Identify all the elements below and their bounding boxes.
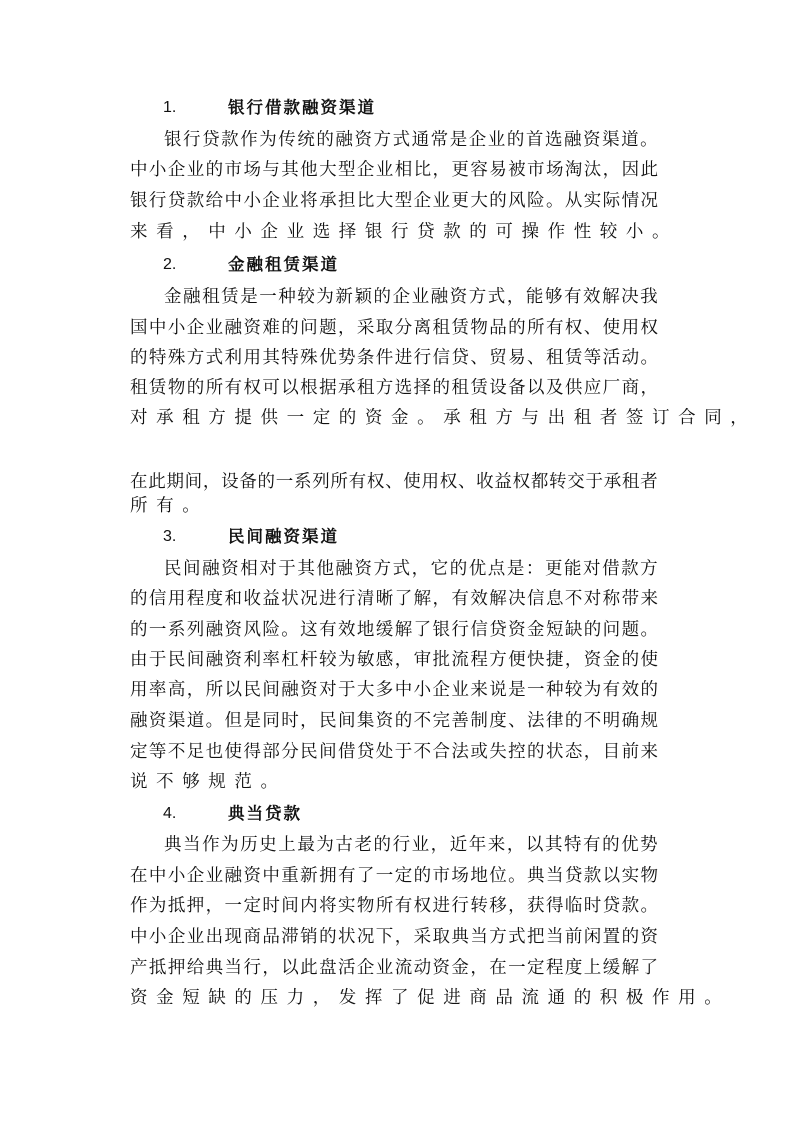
paragraph-line: 民间融资相对于其他融资方式，它的优点是：更能对借款方	[164, 556, 658, 582]
paragraph-line: 来看，中小企业选择银行贷款的可操作性较小。	[130, 219, 658, 245]
section-title: 金融租赁渠道	[228, 252, 339, 278]
section-title: 典当贷款	[228, 801, 302, 827]
paragraph-line: 的特殊方式利用其特殊优势条件进行信贷、贸易、租赁等活动。	[130, 345, 658, 371]
paragraph-line: 用率高，所以民间融资对于大多中小企业来说是一种较为有效的	[130, 677, 658, 703]
paragraph-line: 银行贷款给中小企业将承担比大型企业更大的风险。从实际情况	[130, 188, 658, 214]
section-title: 银行借款融资渠道	[228, 95, 376, 121]
paragraph-line: 的一系列融资风险。这有效地缓解了银行信贷资金短缺的问题。	[130, 617, 658, 643]
paragraph-line: 产抵押给典当行，以此盘活企业流动资金，在一定程度上缓解了	[130, 955, 658, 981]
paragraph-line: 定等不足也使得部分民间借贷处于不合法或失控的状态，目前来	[130, 739, 658, 765]
paragraph-line: 说不够规范。	[130, 769, 658, 795]
section-title: 民间融资渠道	[228, 524, 339, 550]
paragraph-line: 融资渠道。但是同时，民间集资的不完善制度、法律的不明确规	[130, 708, 658, 734]
paragraph-line: 金融租赁是一种较为新颖的企业融资方式，能够有效解决我	[164, 284, 658, 310]
paragraph-line: 中小企业出现商品滞销的状况下，采取典当方式把当前闲置的资	[130, 924, 658, 950]
paragraph-line: 银行贷款作为传统的融资方式通常是企业的首选融资渠道。	[164, 127, 658, 153]
paragraph-line: 对承租方提供一定的资金。承租方与出租者签订合同，	[130, 405, 658, 431]
paragraph-line: 由于民间融资利率杠杆较为敏感，审批流程方便快捷，资金的使	[130, 647, 658, 673]
section-number: 3.	[163, 524, 176, 550]
section-number: 4.	[163, 801, 176, 827]
paragraph-line: 在中小企业融资中重新拥有了一定的市场地位。典当贷款以实物	[130, 863, 658, 889]
paragraph-line: 所有。	[130, 493, 658, 519]
paragraph-line: 租赁物的所有权可以根据承租方选择的租赁设备以及供应厂商，	[130, 375, 658, 401]
paragraph-line: 中小企业的市场与其他大型企业相比，更容易被市场淘汰，因此	[130, 157, 658, 183]
section-number: 1.	[163, 95, 176, 121]
section-number: 2.	[163, 252, 176, 278]
paragraph-line: 作为抵押，一定时间内将实物所有权进行转移，获得临时贷款。	[130, 893, 658, 919]
paragraph-line: 的信用程度和收益状况进行清晰了解，有效解决信息不对称带来	[130, 586, 658, 612]
paragraph-line: 国中小企业融资难的问题，采取分离租赁物品的所有权、使用权	[130, 315, 658, 341]
paragraph-line: 资金短缺的压力，发挥了促进商品流通的积极作用。	[130, 985, 658, 1011]
paragraph-line: 在此期间，设备的一系列所有权、使用权、收益权都转交于承租者	[130, 469, 658, 495]
paragraph-line: 典当作为历史上最为古老的行业，近年来，以其特有的优势	[164, 832, 658, 858]
